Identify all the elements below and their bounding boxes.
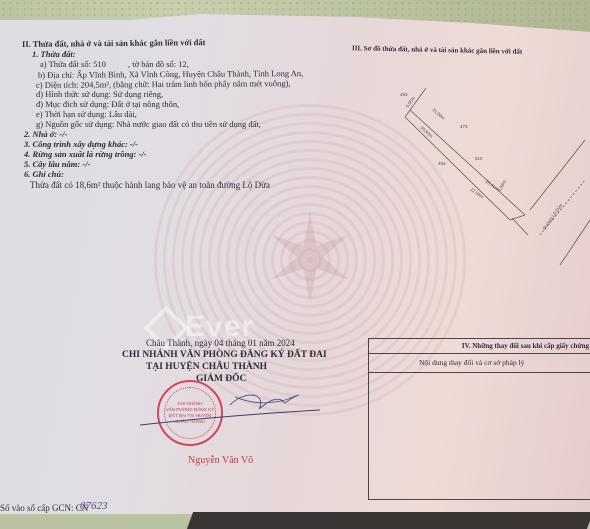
parcel-diagram: 493 473 493 510 31,00m 20,82m 5,00m 20,4… — [380, 70, 590, 280]
certificate-register-number: 07623 — [80, 500, 108, 512]
map-label-neighbor-corner: 493 — [400, 92, 408, 97]
office-line-2: TẠI HUYỆN CHÂU THÀNH — [146, 362, 267, 372]
map-label-seg2: 12,03m — [469, 187, 484, 200]
section-4-title: IV. Những thay đổi sau khi cấp giấy chứn… — [369, 339, 590, 354]
map-label-end-left: 5,00m — [405, 95, 416, 108]
map-sheet-number: , tờ bản đồ số: 12, — [128, 59, 189, 69]
changes-table: IV. Những thay đổi sau khi cấp giấy chứn… — [368, 338, 590, 500]
forest-line: 4. Rừng sản xuất là rừng trồng: -/- — [24, 149, 147, 159]
notes-heading: 6. Ghi chú: — [24, 169, 64, 179]
map-label-neighbor-left: 493 — [438, 161, 446, 166]
table-edge — [187, 512, 590, 529]
other-works-line: 3. Công trình xây dựng khác: -/- — [24, 139, 138, 149]
certificate-register-label: Số vào sổ cấp GCN: CN — [0, 503, 88, 513]
issue-date: Châu Thành, ngày 04 tháng 01 năm 2024 — [146, 338, 295, 348]
signer-name: Nguyễn Văn Võ — [188, 455, 253, 466]
map-label-road: Đường Lộ Dừa — [542, 202, 564, 230]
parcel-number: a) Thửa đất số: 510 — [40, 59, 106, 69]
office-line-1: CHI NHÁNH VĂN PHÒNG ĐĂNG KÝ ĐẤT ĐAI — [122, 350, 327, 360]
usage-purpose: đ) Mục đích sử dụng: Đất ở tại nông thôn… — [36, 99, 179, 109]
perennial-line: 5. Cây lâu năm: -/- — [24, 159, 90, 169]
usage-origin: g) Nguồn gốc sử dụng: Nhà nước giao đất … — [36, 119, 261, 129]
usage-term: e) Thời hạn sử dụng: Lâu dài, — [36, 109, 137, 119]
changes-column-header: Nội dung thay đổi và cơ sở pháp lý — [369, 354, 590, 373]
handwritten-signature — [135, 385, 325, 430]
house-line: 2. Nhà ở: -/- — [24, 129, 67, 139]
land-heading: 1. Thửa đất: — [32, 49, 76, 59]
map-label-neighbor-top: 473 — [460, 124, 468, 129]
notes-text: Thửa đất có 18,6m² thuộc hành lang bảo v… — [30, 180, 270, 190]
usage-form: d) Hình thức sử dụng: Sử dụng riêng, — [36, 89, 163, 99]
map-label-side-bottom: 20,82m — [419, 125, 434, 139]
map-label-seg3: 6,58m — [497, 179, 508, 193]
map-label-parcel: 510 — [475, 156, 483, 161]
section-2-title: II. Thửa đất, nhà ở và tài sản khác gắn … — [22, 37, 206, 49]
map-label-side-top: 31,00m — [431, 107, 446, 121]
